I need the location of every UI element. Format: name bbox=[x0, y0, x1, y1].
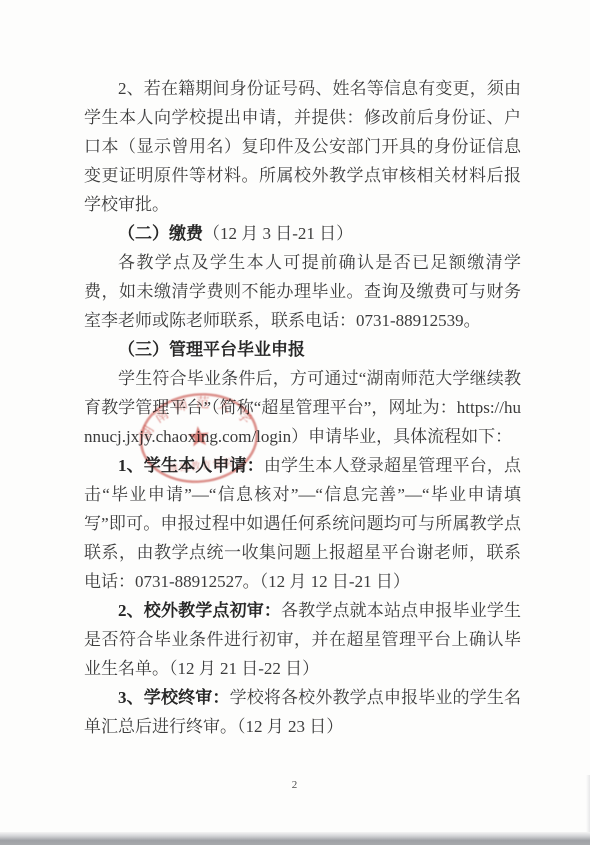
paragraph-payment: 各教学点及学生本人可提前确认是否已足额缴清学费，如未缴清学费则不能办理毕业。查询… bbox=[84, 248, 521, 335]
paragraph-text: 2、若在籍期间身份证号码、姓名等信息有变更，须由学生本人向学校提出申请，并提供：… bbox=[84, 79, 521, 214]
document-body: 2、若在籍期间身份证号码、姓名等信息有变更，须由学生本人向学校提出申请，并提供：… bbox=[84, 74, 521, 741]
page-bottom-edge bbox=[0, 832, 590, 845]
page-number: 2 bbox=[0, 779, 590, 791]
paragraph-step2-site-review: 2、校外教学点初审：各教学点就本站点申报毕业学生是否符合毕业条件进行初审，并在超… bbox=[84, 596, 521, 683]
paragraph-text: 由学生本人登录超星管理平台，点击“毕业申请”—“信息核对”—“信息完善”—“毕业… bbox=[84, 456, 521, 591]
heading-bold-prefix: （二）缴费 bbox=[118, 224, 203, 243]
heading-bold-prefix: （三）管理平台毕业申报 bbox=[118, 340, 305, 359]
paragraph-step1-student-apply: 1、学生本人申请：由学生本人登录超星管理平台，点击“毕业申请”—“信息核对”—“… bbox=[84, 451, 521, 596]
heading-date: （12 月 3 日-21 日） bbox=[203, 224, 353, 243]
paragraph-step3-school-final-review: 3、学校终审：学校将各校外教学点申报毕业的学生名单汇总后进行终审。（12 月 2… bbox=[84, 683, 521, 741]
paragraph-text: 各教学点及学生本人可提前确认是否已足额缴清学费，如未缴清学费则不能办理毕业。查询… bbox=[84, 253, 521, 330]
step-bold-prefix: 3、学校终审： bbox=[118, 688, 230, 707]
document-page: 2、若在籍期间身份证号码、姓名等信息有变更，须由学生本人向学校提出申请，并提供：… bbox=[0, 0, 590, 845]
scan-edge-shadow bbox=[586, 775, 590, 835]
step-bold-prefix: 2、校外教学点初审： bbox=[118, 601, 281, 620]
paragraph-platform-intro: 学生符合毕业条件后，方可通过“湖南师范大学继续教育教学管理平台”（简称“超星管理… bbox=[84, 364, 521, 451]
heading-payment: （二）缴费（12 月 3 日-21 日） bbox=[84, 219, 521, 248]
step-bold-prefix: 1、学生本人申请： bbox=[118, 456, 264, 475]
paragraph-id-change: 2、若在籍期间身份证号码、姓名等信息有变更，须由学生本人向学校提出申请，并提供：… bbox=[84, 74, 521, 219]
paragraph-text: 学生符合毕业条件后，方可通过“湖南师范大学继续教育教学管理平台”（简称“超星管理… bbox=[84, 369, 521, 446]
heading-platform-application: （三）管理平台毕业申报 bbox=[84, 335, 521, 364]
